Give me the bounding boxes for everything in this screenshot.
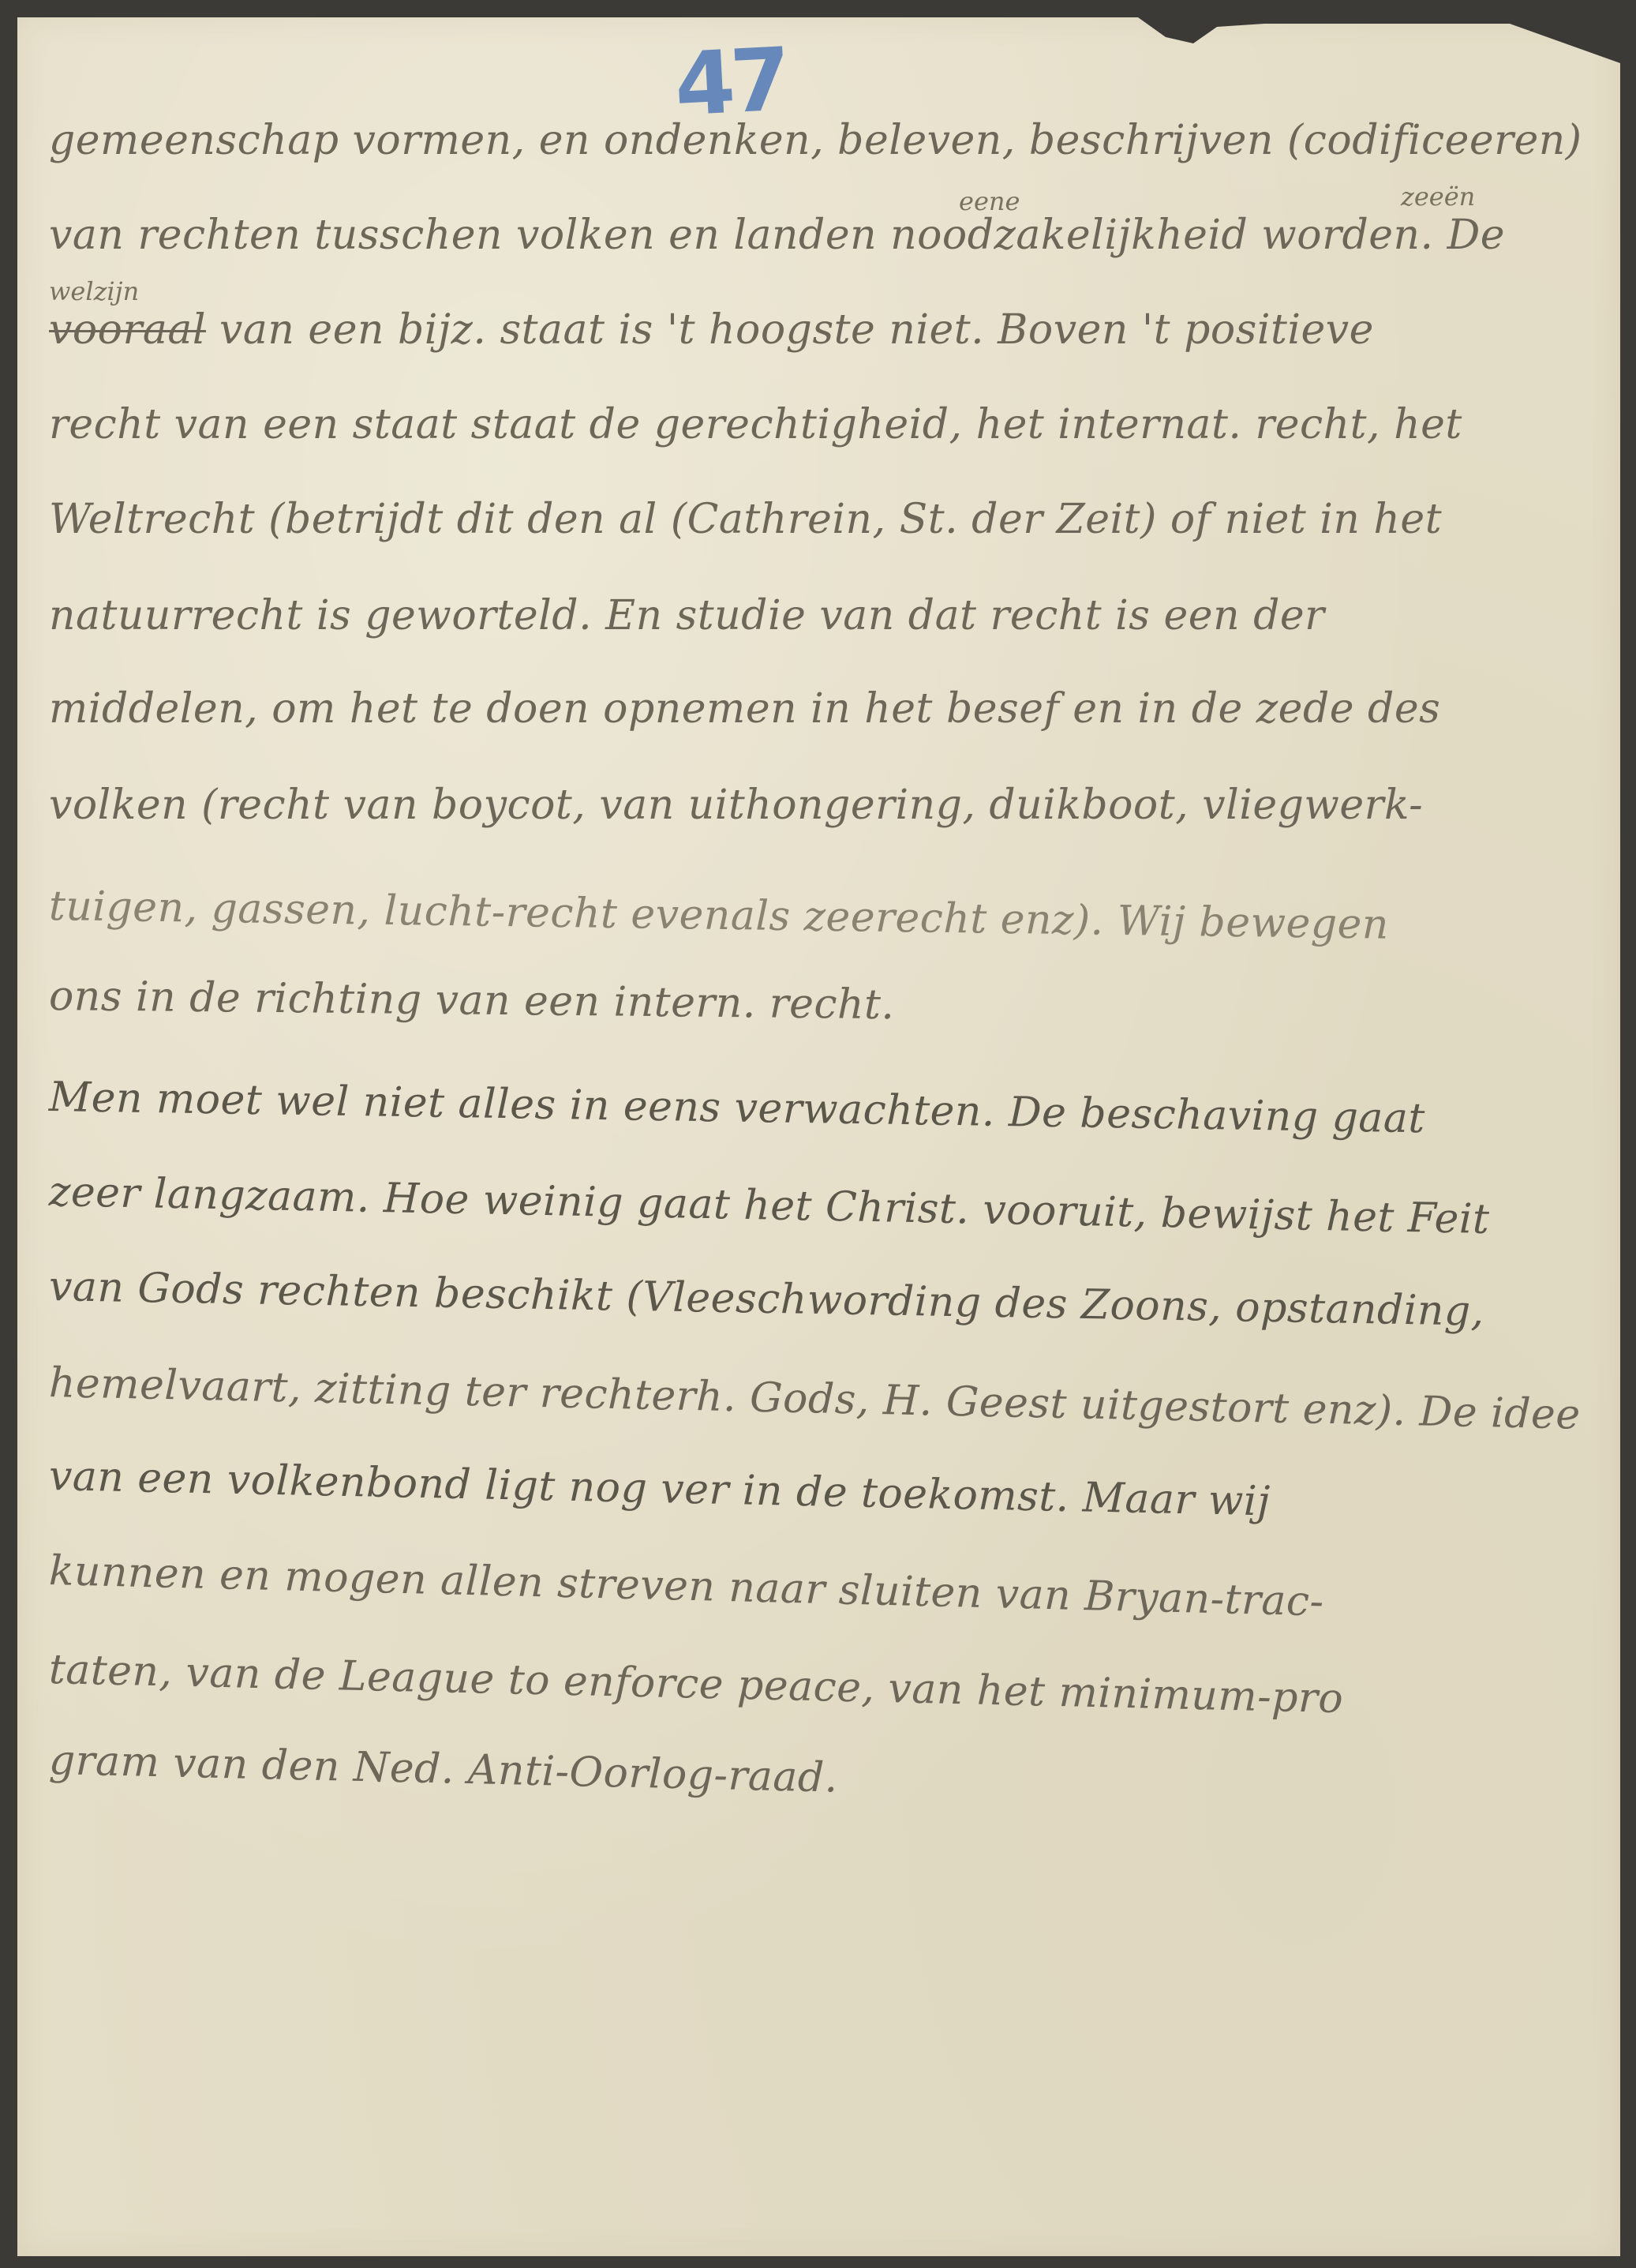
manuscript-line-8: volken (recht van boycot, van uithongeri… [49,782,1423,829]
manuscript-line-1: gemeenschap vormen, en ondenken, beleven… [49,117,1582,164]
manuscript-line-3: vooraal van een bijz. staat is 't hoogst… [49,306,1374,354]
manuscript-line-6: natuurrecht is geworteld. En studie van … [49,592,1325,639]
struck-through-word: vooraal [49,306,206,354]
manuscript-line-2: van rechten tusschen volken en landen no… [49,212,1505,259]
manuscript-line-10: ons in de richting van een intern. recht… [49,973,895,1029]
line-3-text: van een bijz. staat is 't hoogste niet. … [219,306,1374,354]
manuscript-line-7: middelen, om het te doen opnemen in het … [49,685,1440,733]
interlinear-annotation-welzijn: welzijn [49,276,139,306]
interlinear-annotation-zeeen: zeeën [1401,182,1475,212]
manuscript-line-4: recht van een staat staat de gerechtighe… [49,401,1462,448]
manuscript-line-5: Weltrecht (betrijdt dit den al (Cathrein… [49,496,1442,543]
